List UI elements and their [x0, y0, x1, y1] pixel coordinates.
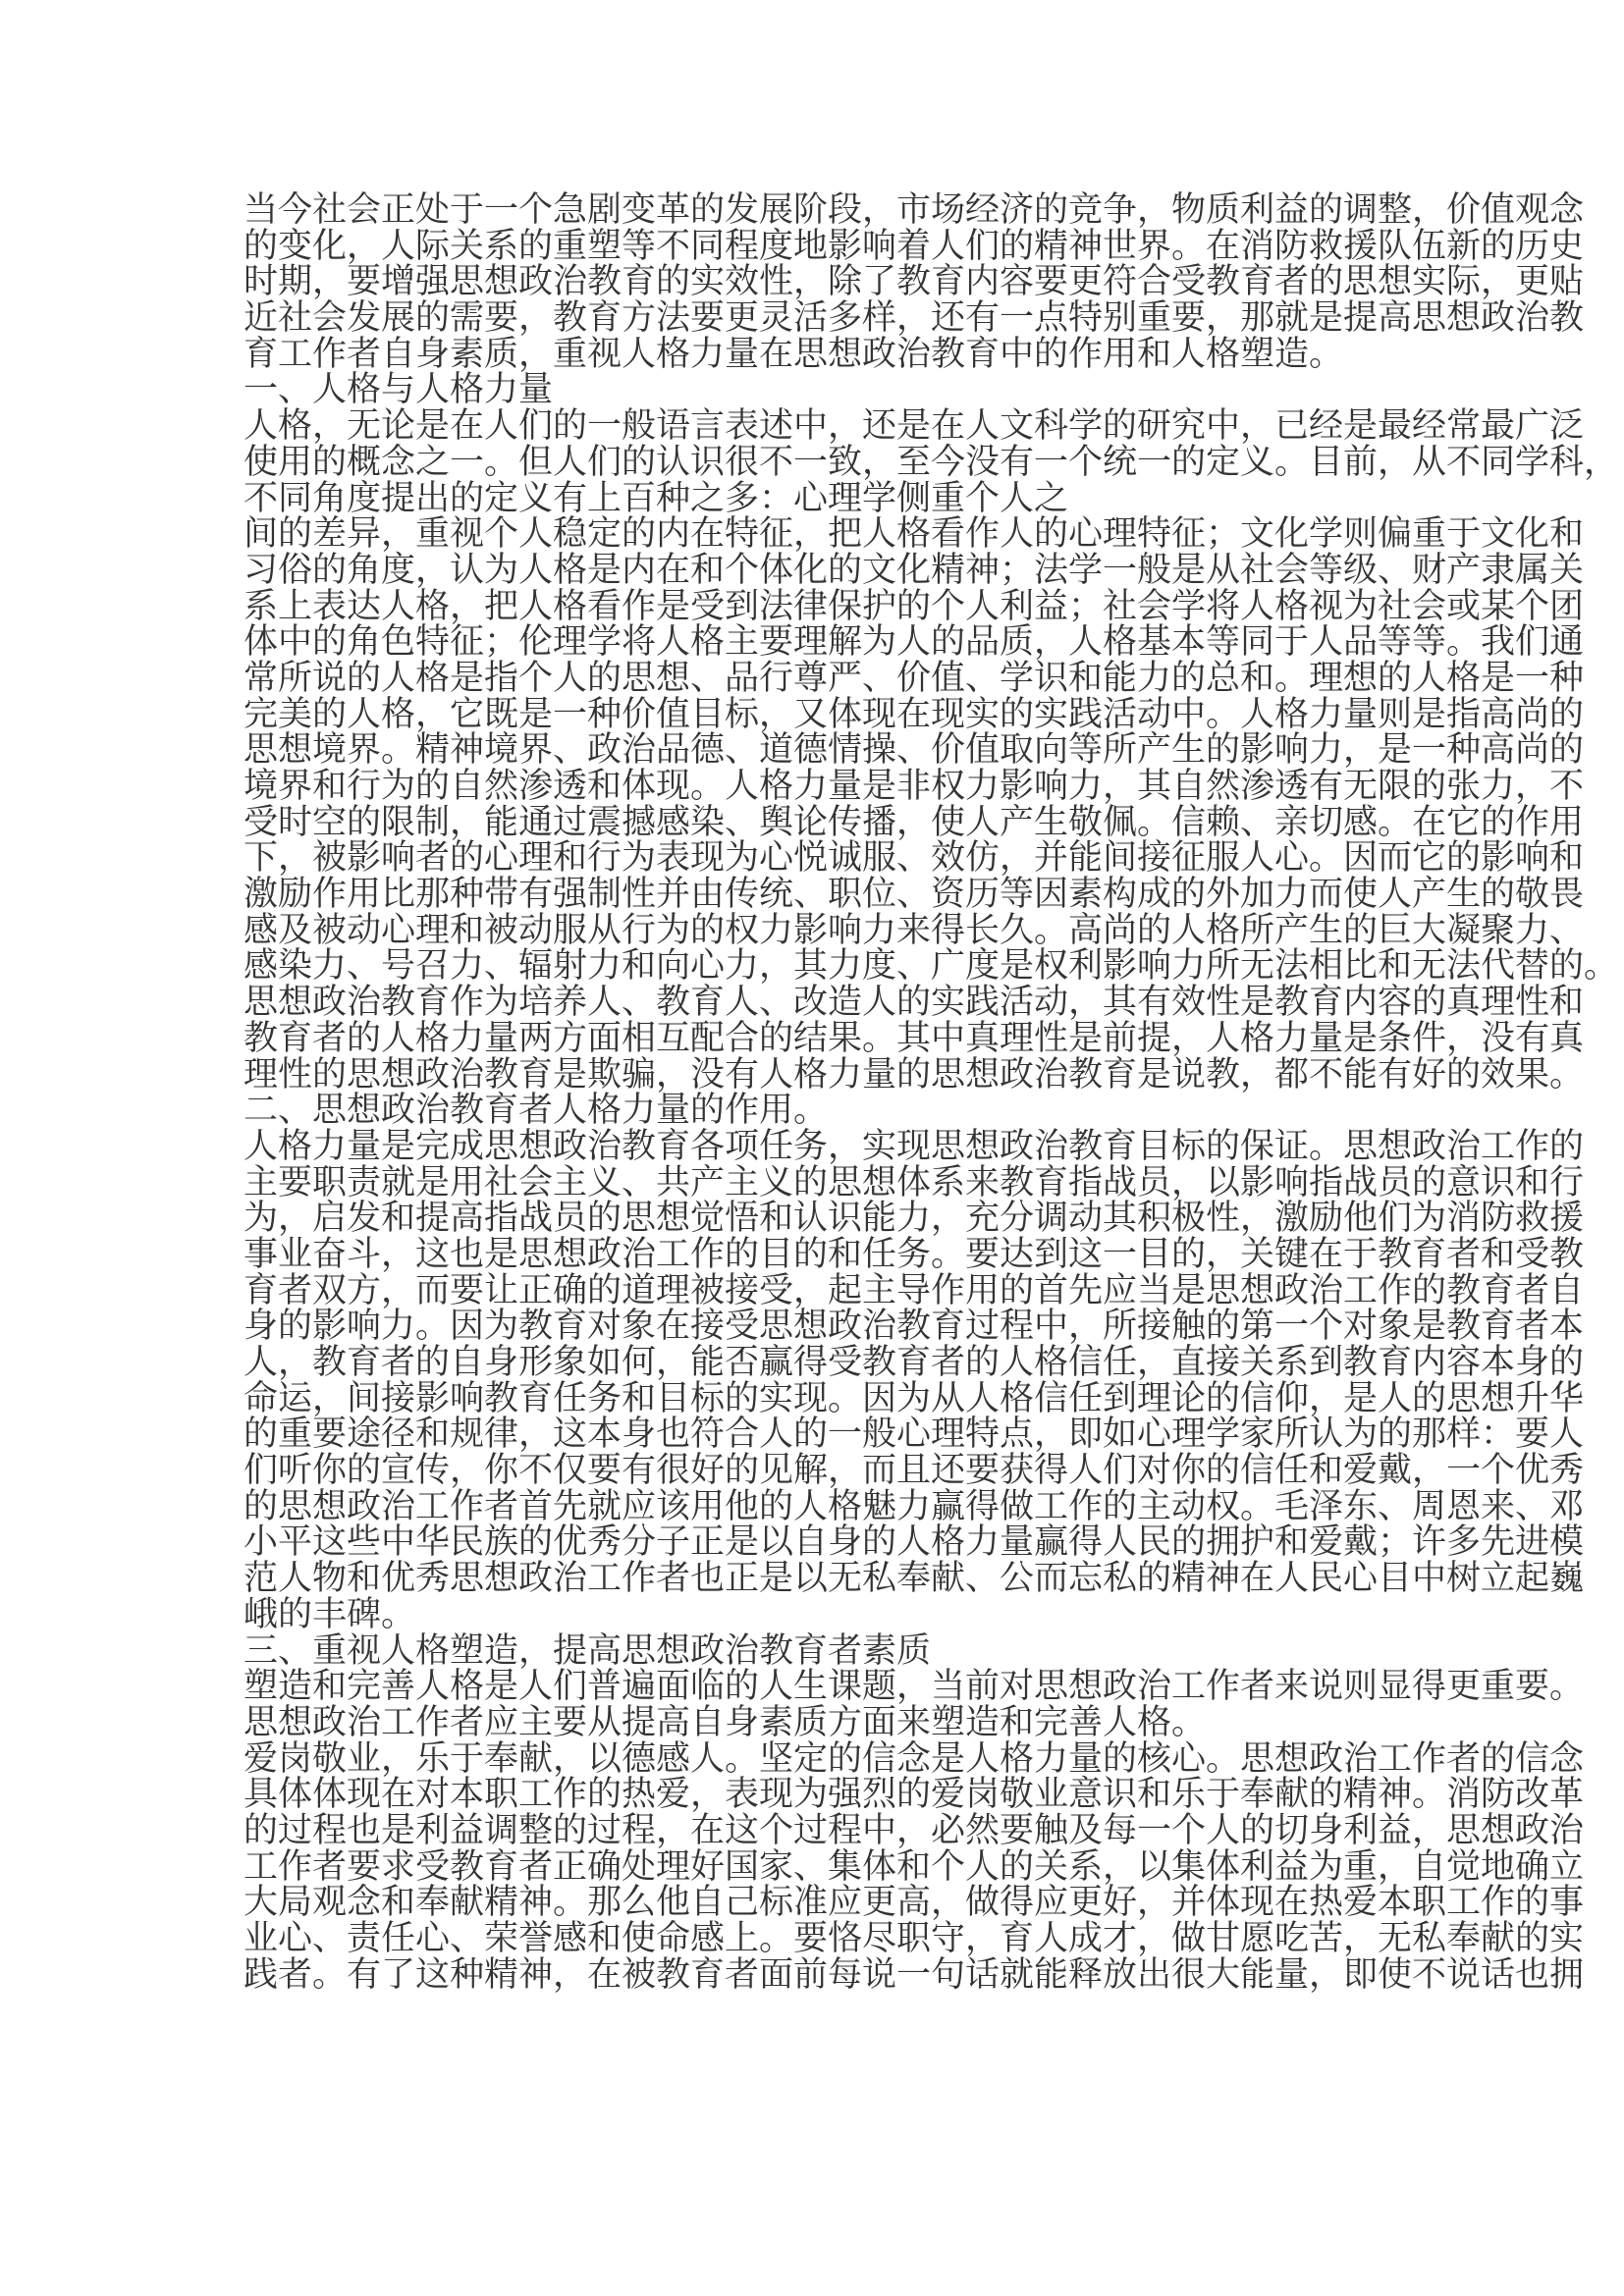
document-page: 当今社会正处于一个急剧变革的发展阶段，市场经济的竞争，物质利益的调整，价值观念的…: [244, 192, 1392, 1993]
text-line: 思想政治工作者应主要从提高自身素质方面来塑造和完善人格。: [244, 1705, 1392, 1741]
text-line: 时期，要增强思想政治教育的实效性，除了教育内容要更符合受教育者的思想实际，更贴: [244, 264, 1392, 300]
text-line: 峨的丰碑。: [244, 1597, 1392, 1633]
text-line: 人，教育者的自身形象如何，能否赢得受教育者的人格信任，直接关系到教育内容本身的: [244, 1345, 1392, 1381]
text-line: 工作者要求受教育者正确处理好国家、集体和个人的关系，以集体利益为重，自觉地确立: [244, 1849, 1392, 1886]
text-line: 的重要途径和规律，这本身也符合人的一般心理特点，即如心理学家所认为的那样：要人: [244, 1416, 1392, 1453]
text-line: 事业奋斗，这也是思想政治工作的目的和任务。要达到这一目的，关键在于教育者和受教: [244, 1237, 1392, 1273]
text-line: 具体体现在对本职工作的热爱，表现为强烈的爱岗敬业意识和乐于奉献的精神。消防改革: [244, 1777, 1392, 1813]
text-line: 教育者的人格力量两方面相互配合的结果。其中真理性是前提，人格力量是条件，没有真: [244, 1021, 1392, 1057]
text-line: 的思想政治工作者首先就应该用他的人格魅力赢得做工作的主动权。毛泽东、周恩来、邓: [244, 1489, 1392, 1525]
text-line: 系上表达人格，把人格看作是受到法律保护的个人利益；社会学将人格视为社会或某个团: [244, 589, 1392, 625]
section-heading: 二、思想政治教育者人格力量的作用。: [244, 1093, 1392, 1129]
text-line: 为，启发和提高指战员的思想觉悟和认识能力，充分调动其积极性，激励他们为消防救援: [244, 1201, 1392, 1237]
text-line: 命运，间接影响教育任务和目标的实现。因为从人格信任到理论的信仰，是人的思想升华: [244, 1381, 1392, 1417]
text-line: 境界和行为的自然渗透和体现。人格力量是非权力影响力，其自然渗透有无限的张力，不: [244, 769, 1392, 805]
text-line: 理性的思想政治教育是欺骗，没有人格力量的思想政治教育是说教，都不能有好的效果。: [244, 1057, 1392, 1094]
text-line: 身的影响力。因为教育对象在接受思想政治教育过程中，所接触的第一个对象是教育者本: [244, 1308, 1392, 1345]
text-line: 思想政治教育作为培养人、教育人、改造人的实践活动，其有效性是教育内容的真理性和: [244, 985, 1392, 1021]
text-line: 人格，无论是在人们的一般语言表述中，还是在人文科学的研究中，已经是最经常最广泛: [244, 408, 1392, 445]
text-line: 育工作者自身素质，重视人格力量在思想政治教育中的作用和人格塑造。: [244, 337, 1392, 373]
text-line: 主要职责就是用社会主义、共产主义的思想体系来教育指战员，以影响指战员的意识和行: [244, 1165, 1392, 1201]
text-line: 塑造和完善人格是人们普遍面临的人生课题，当前对思想政治工作者来说则显得更重要。: [244, 1669, 1392, 1705]
text-line: 间的差异，重视个人稳定的内在特征，把人格看作人的心理特征；文化学则偏重于文化和: [244, 516, 1392, 553]
text-line: 习俗的角度，认为人格是内在和个体化的文化精神；法学一般是从社会等级、财产隶属关: [244, 553, 1392, 589]
section-heading: 一、人格与人格力量: [244, 372, 1392, 408]
text-line: 使用的概念之一。但人们的认识很不一致，至今没有一个统一的定义。目前，从不同学科，: [244, 445, 1392, 481]
text-line: 近社会发展的需要，教育方法要更灵活多样，还有一点特别重要，那就是提高思想政治教: [244, 300, 1392, 337]
text-line: 们听你的宣传，你不仅要有很好的见解，而且还要获得人们对你的信任和爱戴，一个优秀: [244, 1453, 1392, 1489]
text-line: 当今社会正处于一个急剧变革的发展阶段，市场经济的竞争，物质利益的调整，价值观念: [244, 192, 1392, 229]
text-line: 不同角度提出的定义有上百种之多：心理学侧重个人之: [244, 481, 1392, 517]
text-line: 常所说的人格是指个人的思想、品行尊严、价值、学识和能力的总和。理想的人格是一种: [244, 661, 1392, 697]
text-line: 育者双方，而要让正确的道理被接受，起主导作用的首先应当是思想政治工作的教育者自: [244, 1273, 1392, 1309]
text-line: 体中的角色特征；伦理学将人格主要理解为人的品质，人格基本等同于人品等等。我们通: [244, 624, 1392, 661]
text-line: 完美的人格，它既是一种价值目标，又体现在现实的实践活动中。人格力量则是指高尚的: [244, 697, 1392, 733]
section-heading: 三、重视人格塑造，提高思想政治教育者素质: [244, 1633, 1392, 1670]
text-line: 业心、责任心、荣誉感和使命感上。要恪尽职守，育人成才，做甘愿吃苦，无私奉献的实: [244, 1921, 1392, 1957]
text-line: 感染力、号召力、辐射力和向心力，其力度、广度是权利影响力所无法相比和无法代替的。: [244, 948, 1392, 985]
text-line: 范人物和优秀思想政治工作者也正是以无私奉献、公而忘私的精神在人民心目中树立起巍: [244, 1561, 1392, 1597]
text-line: 激励作用比那种带有强制性并由传统、职位、资历等因素构成的外加力而使人产生的敬畏: [244, 877, 1392, 913]
text-line: 人格力量是完成思想政治教育各项任务，实现思想政治教育目标的保证。思想政治工作的: [244, 1129, 1392, 1165]
text-line: 的过程也是利益调整的过程，在这个过程中，必然要触及每一个人的切身利益，思想政治: [244, 1813, 1392, 1849]
text-line: 小平这些中华民族的优秀分子正是以自身的人格力量赢得人民的拥护和爱戴；许多先进模: [244, 1524, 1392, 1561]
text-line: 践者。有了这种精神，在被教育者面前每说一句话就能释放出很大能量，即使不说话也拥: [244, 1957, 1392, 1994]
text-line: 受时空的限制，能通过震撼感染、舆论传播，使人产生敬佩。信赖、亲切感。在它的作用: [244, 805, 1392, 841]
text-line: 下，被影响者的心理和行为表现为心悦诚服、效仿，并能间接征服人心。因而它的影响和: [244, 840, 1392, 877]
text-line: 的变化，人际关系的重塑等不同程度地影响着人们的精神世界。在消防救援队伍新的历史: [244, 229, 1392, 265]
text-line: 大局观念和奉献精神。那么他自己标准应更高，做得应更好，并体现在热爱本职工作的事: [244, 1885, 1392, 1921]
text-line: 爱岗敬业，乐于奉献，以德感人。坚定的信念是人格力量的核心。思想政治工作者的信念: [244, 1741, 1392, 1778]
text-line: 思想境界。精神境界、政治品德、道德情操、价值取向等所产生的影响力，是一种高尚的: [244, 732, 1392, 769]
text-line: 感及被动心理和被动服从行为的权力影响力来得长久。高尚的人格所产生的巨大凝聚力、: [244, 913, 1392, 949]
